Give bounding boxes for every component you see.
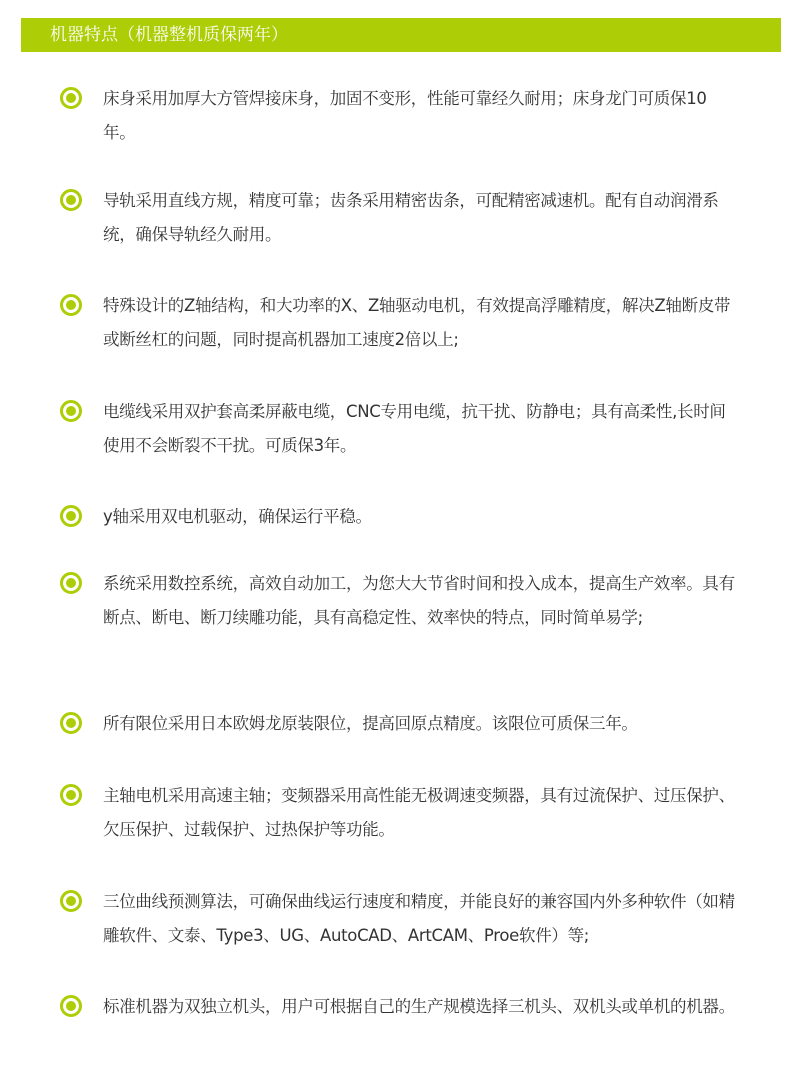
- radio-bullet-icon: [60, 995, 82, 1017]
- radio-bullet-icon: [60, 572, 82, 594]
- feature-item: 特殊设计的Z轴结构，和大功率的X、Z轴驱动电机，有效提高浮雕精度，解决Z轴断皮带…: [60, 289, 750, 357]
- radio-bullet-icon: [60, 400, 82, 422]
- feature-item: 主轴电机采用高速主轴；变频器采用高性能无极调速变频器，具有过流保护、过压保护、欠…: [60, 779, 750, 847]
- feature-text: 主轴电机采用高速主轴；变频器采用高性能无极调速变频器，具有过流保护、过压保护、欠…: [103, 779, 738, 847]
- feature-item: 床身采用加厚大方管焊接床身，加固不变形，性能可靠经久耐用；床身龙门可质保10年。: [60, 82, 750, 150]
- feature-text: 三位曲线预测算法，可确保曲线运行速度和精度，并能良好的兼容国内外多种软件（如精雕…: [103, 885, 738, 953]
- feature-text: y轴采用双电机驱动，确保运行平稳。: [103, 500, 738, 534]
- feature-text: 床身采用加厚大方管焊接床身，加固不变形，性能可靠经久耐用；床身龙门可质保10年。: [103, 82, 738, 150]
- radio-bullet-icon: [60, 712, 82, 734]
- feature-text: 特殊设计的Z轴结构，和大功率的X、Z轴驱动电机，有效提高浮雕精度，解决Z轴断皮带…: [103, 289, 738, 357]
- radio-bullet-icon: [60, 87, 82, 109]
- section-header: 机器特点（机器整机质保两年）: [21, 18, 781, 52]
- radio-bullet-icon: [60, 294, 82, 316]
- feature-text: 电缆线采用双护套高柔屏蔽电缆，CNC专用电缆，抗干扰、防静电；具有高柔性,长时间…: [103, 395, 738, 463]
- feature-item: 导轨采用直线方规，精度可靠；齿条采用精密齿条，可配精密减速机。配有自动润滑系统，…: [60, 184, 750, 252]
- radio-bullet-icon: [60, 505, 82, 527]
- radio-bullet-icon: [60, 890, 82, 912]
- feature-item: 所有限位采用日本欧姆龙原装限位，提高回原点精度。该限位可质保三年。: [60, 707, 750, 741]
- feature-text: 标准机器为双独立机头，用户可根据自己的生产规模选择三机头、双机头或单机的机器。: [103, 990, 738, 1024]
- feature-item: 三位曲线预测算法，可确保曲线运行速度和精度，并能良好的兼容国内外多种软件（如精雕…: [60, 885, 750, 953]
- feature-text: 系统采用数控系统，高效自动加工，为您大大节省时间和投入成本，提高生产效率。具有断…: [103, 567, 738, 635]
- feature-item: 标准机器为双独立机头，用户可根据自己的生产规模选择三机头、双机头或单机的机器。: [60, 990, 750, 1024]
- feature-item: y轴采用双电机驱动，确保运行平稳。: [60, 500, 750, 534]
- feature-text: 所有限位采用日本欧姆龙原装限位，提高回原点精度。该限位可质保三年。: [103, 707, 738, 741]
- radio-bullet-icon: [60, 189, 82, 211]
- section-title: 机器特点（机器整机质保两年）: [21, 18, 288, 52]
- feature-item: 系统采用数控系统，高效自动加工，为您大大节省时间和投入成本，提高生产效率。具有断…: [60, 567, 750, 635]
- feature-item: 电缆线采用双护套高柔屏蔽电缆，CNC专用电缆，抗干扰、防静电；具有高柔性,长时间…: [60, 395, 750, 463]
- feature-text: 导轨采用直线方规，精度可靠；齿条采用精密齿条，可配精密减速机。配有自动润滑系统，…: [103, 184, 738, 252]
- radio-bullet-icon: [60, 784, 82, 806]
